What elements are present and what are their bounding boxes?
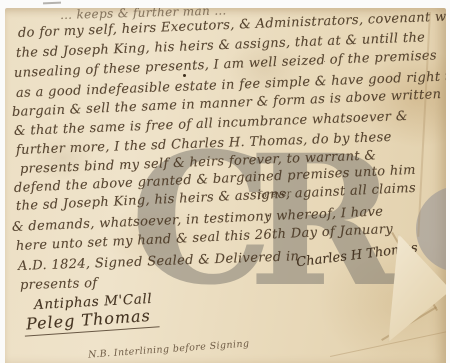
photo-edge-artifact	[43, 2, 61, 5]
signature-charles-h-thomas: Charles H Thomas	[296, 241, 419, 271]
manuscript-line: A.D. 1824, Signed Sealed & Delivered in	[18, 249, 300, 274]
manuscript-photo: C R … keeps & further man … do for my se…	[0, 0, 450, 363]
interlined-word: forever	[258, 189, 292, 201]
manuscript-line: presents of	[20, 276, 98, 293]
ink-specks	[183, 74, 186, 77]
interlining-footnote: N.B. Interlining before Signing	[88, 338, 250, 360]
handwriting-layer: … keeps & further man … do for my self, …	[5, 8, 446, 363]
deed-paper: C R … keeps & further man … do for my se…	[5, 8, 446, 363]
